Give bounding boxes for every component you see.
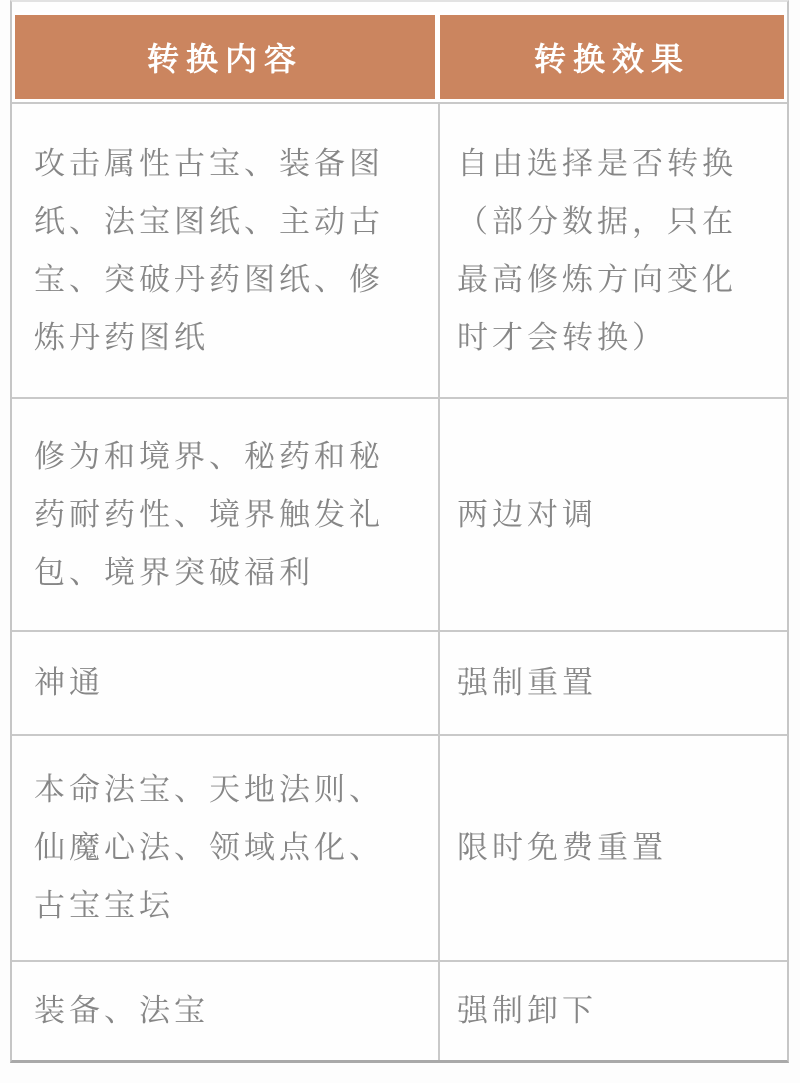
content-cell: 装备、法宝 (12, 960, 438, 1060)
table-row: 装备、法宝 强制卸下 (12, 960, 787, 1060)
effect-cell: 两边对调 (438, 397, 787, 630)
column-header-content: 转换内容 (12, 12, 438, 102)
effect-cell: 强制重置 (438, 630, 787, 734)
effect-cell: 自由选择是否转换 （部分数据，只在 最高修炼方向变化 时才会转换） (438, 102, 787, 397)
effect-cell: 强制卸下 (438, 960, 787, 1060)
conversion-table: 转换内容 转换效果 攻击属性古宝、装备图 纸、法宝图纸、主动古 宝、突破丹药图纸… (12, 12, 787, 1060)
table-header-row: 转换内容 转换效果 (12, 12, 787, 102)
content-cell: 攻击属性古宝、装备图 纸、法宝图纸、主动古 宝、突破丹药图纸、修 炼丹药图纸 (12, 102, 438, 397)
article-page: 转换内容 转换效果 攻击属性古宝、装备图 纸、法宝图纸、主动古 宝、突破丹药图纸… (0, 0, 800, 1083)
column-header-effect: 转换效果 (438, 12, 787, 102)
content-cell: 修为和境界、秘药和秘 药耐药性、境界触发礼 包、境界突破福利 (12, 397, 438, 630)
content-cell: 本命法宝、天地法则、 仙魔心法、领域点化、 古宝宝坛 (12, 734, 438, 960)
effect-cell: 限时免费重置 (438, 734, 787, 960)
table-row: 攻击属性古宝、装备图 纸、法宝图纸、主动古 宝、突破丹药图纸、修 炼丹药图纸 自… (12, 102, 787, 397)
table-row: 修为和境界、秘药和秘 药耐药性、境界触发礼 包、境界突破福利 两边对调 (12, 397, 787, 630)
content-cell: 神通 (12, 630, 438, 734)
table-row: 本命法宝、天地法则、 仙魔心法、领域点化、 古宝宝坛 限时免费重置 (12, 734, 787, 960)
conversion-table-frame: 转换内容 转换效果 攻击属性古宝、装备图 纸、法宝图纸、主动古 宝、突破丹药图纸… (10, 0, 789, 1063)
table-row: 神通 强制重置 (12, 630, 787, 734)
